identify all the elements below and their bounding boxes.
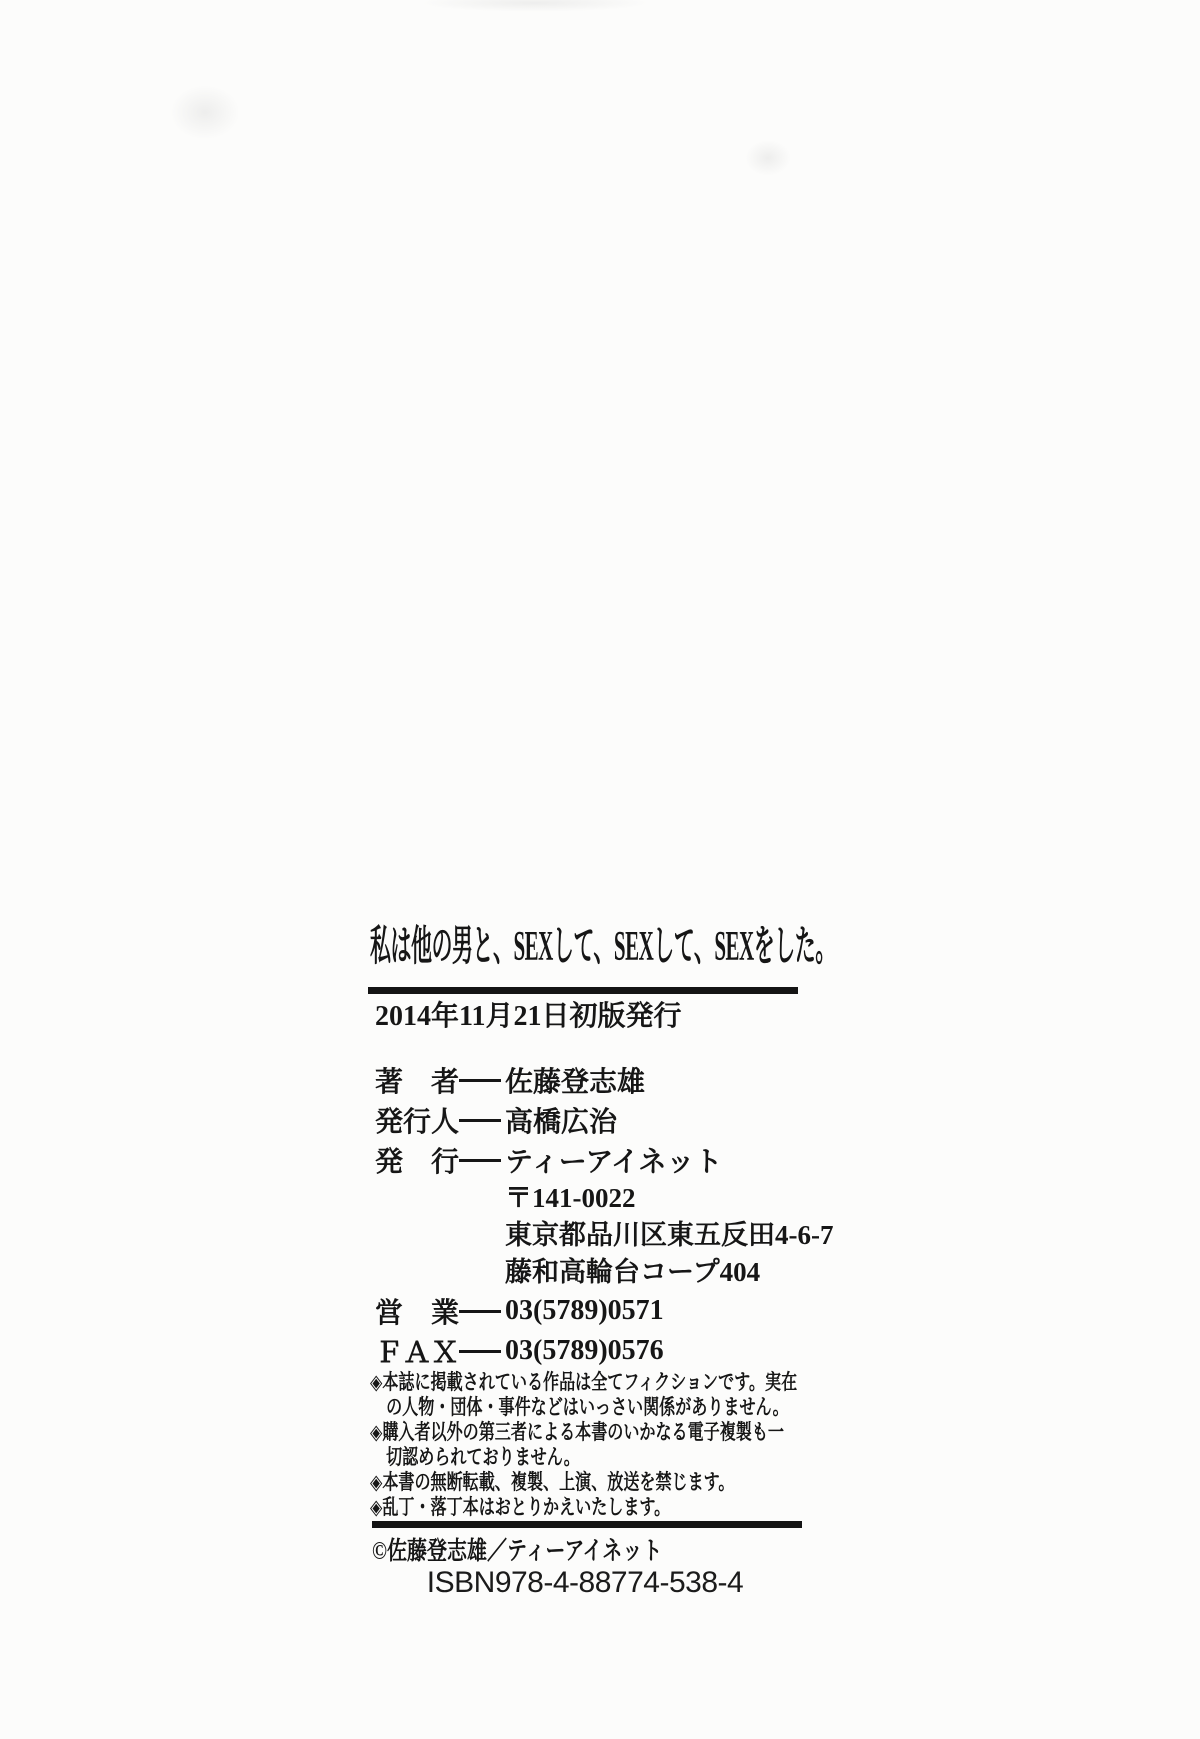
issuer-label: 発行人 — [375, 1100, 459, 1140]
notice-defective-copy: ◈乱丁・落丁本はおとりかえいたします。 — [370, 1495, 798, 1520]
fax-label: ＦＡＸ — [375, 1331, 459, 1371]
copyright-notice: ©佐藤登志雄／ティーアイネット — [372, 1531, 662, 1567]
leader-line — [459, 1079, 501, 1082]
issuer-name: 高橋広治 — [505, 1100, 617, 1140]
publisher-name: ティーアイネット — [505, 1140, 723, 1180]
address-line-2: 藤和高輪台コープ404 — [505, 1254, 799, 1291]
leader-line — [459, 1119, 501, 1122]
leader-line — [459, 1310, 501, 1313]
notice-reproduction: ◈本書の無断転載、複製、上演、放送を禁じます。 — [370, 1470, 798, 1495]
scan-smudge — [170, 85, 240, 140]
scan-smudge — [745, 140, 791, 176]
publisher-label: 発 行 — [375, 1140, 459, 1180]
notice-digital-copy: ◈購入者以外の第三者による本書のいかなる電子複製も一切認められておりません。 — [370, 1420, 798, 1470]
leader-line — [459, 1159, 501, 1162]
author-label: 著 者 — [375, 1060, 459, 1100]
notice-fiction: ◈本誌に掲載されている作品は全てフィクションです。実在の人物・団体・事件などはい… — [370, 1370, 798, 1420]
postal-code: 〒141-0022 — [505, 1180, 799, 1217]
bottom-divider-rule — [372, 1521, 802, 1528]
edition-date: 2014年11月21日初版発行 — [375, 994, 681, 1034]
credit-row-publisher: 発 行 ティーアイネット — [375, 1140, 799, 1180]
sales-label: 営 業 — [375, 1291, 459, 1331]
contact-row-fax: ＦＡＸ 03(5789)0576 — [375, 1331, 799, 1371]
fax-number: 03(5789)0576 — [505, 1335, 664, 1367]
colophon-block: 私は他の男と、SEXして、SEXして、SEXをした。 2014年11月21日初版… — [370, 924, 800, 1644]
isbn-number: ISBN978-4-88774-538-4 — [370, 1566, 800, 1600]
publication-info: 著 者 佐藤登志雄 発行人 高橋広治 発 行 ティーアイネット 〒141-002… — [375, 1060, 799, 1371]
credit-row-issuer: 発行人 高橋広治 — [375, 1100, 799, 1140]
address-line-1: 東京都品川区東五反田4-6-7 — [505, 1217, 799, 1254]
book-title: 私は他の男と、SEXして、SEXして、SEXをした。 — [370, 924, 850, 970]
colophon-page: 私は他の男と、SEXして、SEXして、SEXをした。 2014年11月21日初版… — [0, 0, 1200, 1739]
leader-line — [459, 1350, 501, 1353]
title-divider-rule — [368, 987, 798, 994]
credit-row-author: 著 者 佐藤登志雄 — [375, 1060, 799, 1100]
sales-phone: 03(5789)0571 — [505, 1295, 664, 1327]
contact-row-sales: 営 業 03(5789)0571 — [375, 1291, 799, 1331]
scan-smudge — [420, 0, 650, 12]
author-name: 佐藤登志雄 — [505, 1060, 645, 1100]
legal-notices: ◈本誌に掲載されている作品は全てフィクションです。実在の人物・団体・事件などはい… — [370, 1370, 798, 1520]
